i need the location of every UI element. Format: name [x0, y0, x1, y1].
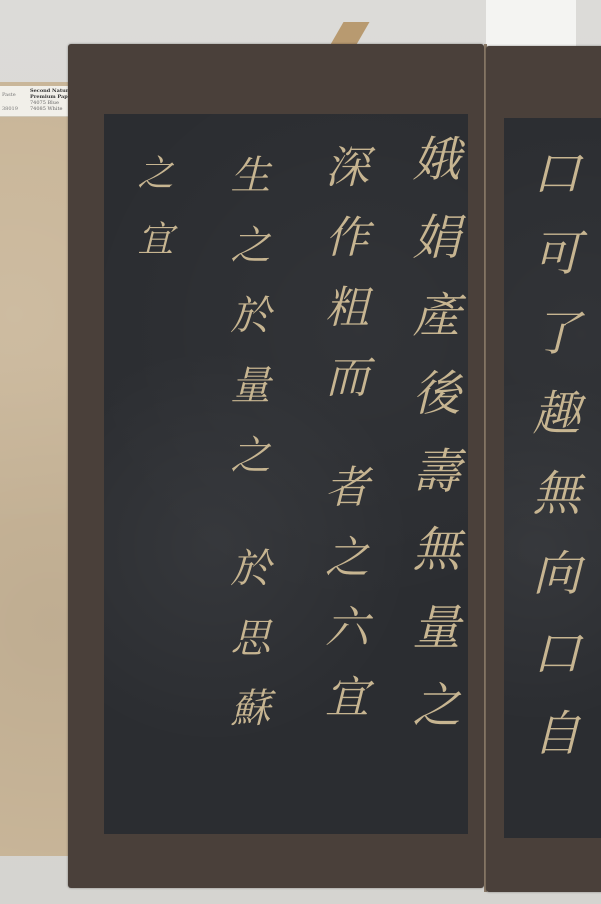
calligraphy-column: 生之於量之 於思蘇: [222, 154, 272, 757]
calligraphy-column: 之宜: [132, 154, 172, 286]
column-text: 口可了趣無向口自: [528, 148, 576, 788]
rubbing-panel: 口可了趣無向口自: [504, 118, 601, 838]
calligraphy-column: 口可了趣無向口自: [522, 148, 582, 788]
album-page-left: 娥娟產後壽無量之 深作粗而 者之六宜 生之於量之 於思蘇 之宜: [68, 44, 484, 888]
rubbing-panel: 娥娟產後壽無量之 深作粗而 者之六宜 生之於量之 於思蘇 之宜: [104, 114, 468, 834]
calligraphy-column: 深作粗而 者之六宜: [314, 144, 370, 744]
column-text: 娥娟產後壽無量之: [408, 134, 456, 758]
kraft-board: [0, 82, 72, 856]
column-text: 之宜: [134, 154, 170, 286]
column-text: 深作粗而 者之六宜: [320, 144, 364, 744]
white-sheet: [486, 0, 576, 46]
paper-label: Paste 38019 Second Nature Premium Paper …: [0, 86, 72, 117]
album-page-right: 口可了趣無向口自: [486, 46, 601, 892]
column-text: 生之於量之 於思蘇: [227, 154, 267, 757]
label-left-number: 38019: [2, 106, 18, 112]
label-left-text: Paste: [2, 92, 16, 98]
calligraphy-column: 娥娟產後壽無量之: [404, 134, 460, 758]
